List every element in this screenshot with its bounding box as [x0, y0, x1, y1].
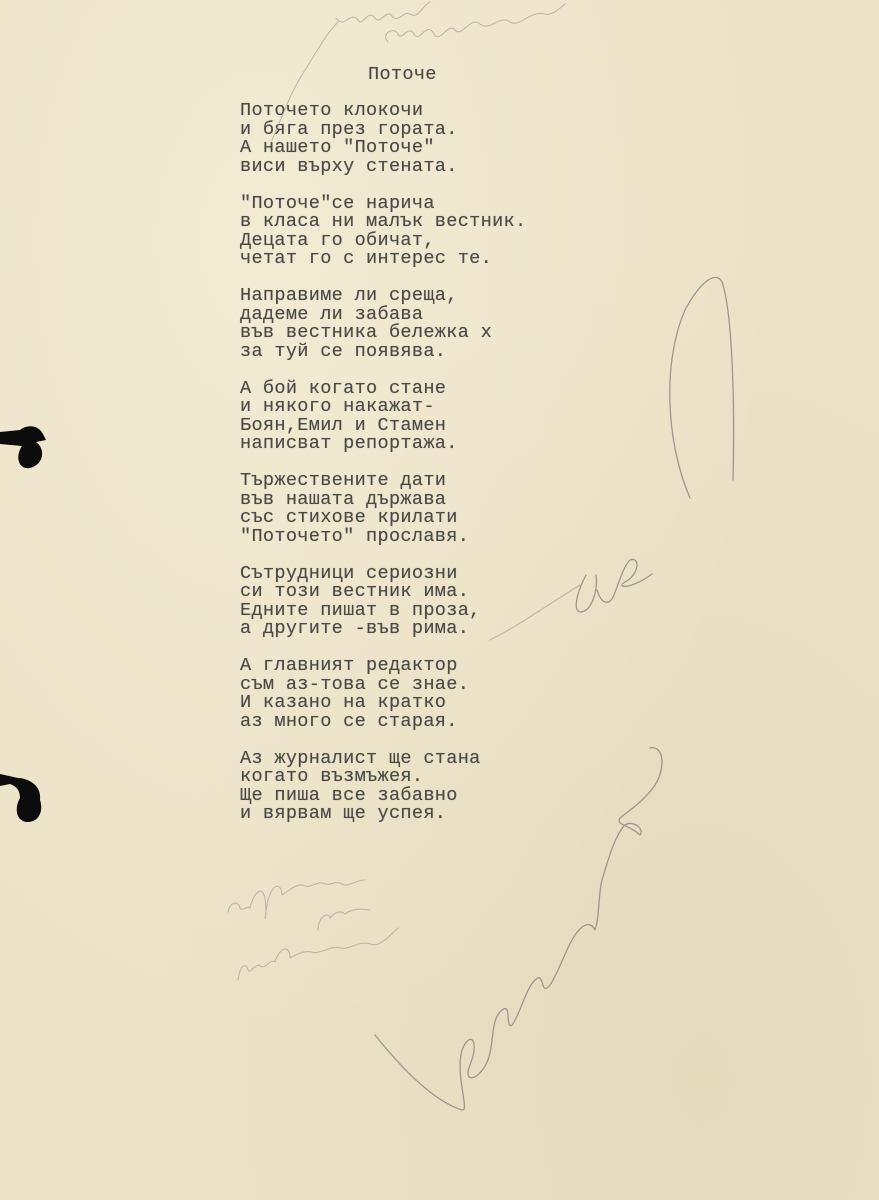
bottom-left-note	[228, 880, 398, 980]
poem-line: за туй се появява.	[240, 343, 526, 362]
poem-line: И казано на кратко	[240, 694, 526, 713]
poem-line: в класа ни малък вестник.	[240, 213, 526, 232]
poem-line: Поточето клокочи	[240, 102, 526, 121]
lower-binding-hole	[0, 774, 41, 822]
stanza: Поточето клокочи и бяга през гората. А н…	[240, 102, 526, 176]
poem-line: във вестника бележка x	[240, 324, 526, 343]
poem-line: Направиме ли среща,	[240, 287, 526, 306]
stanza: Направиме ли среща, дадеме ли забава във…	[240, 287, 526, 361]
stanza: Тържествените дати във нашата държава съ…	[240, 472, 526, 546]
poem-line: когато възмъжея.	[240, 768, 526, 787]
poem-line: Тържествените дати	[240, 472, 526, 491]
stanza: А бой когато стане и някого накажат- Боя…	[240, 380, 526, 454]
right-margin-bracket	[670, 277, 734, 498]
poem-line: със стихове крилати	[240, 509, 526, 528]
poem-line: и някого накажат-	[240, 398, 526, 417]
poem-line: виси върху стената.	[240, 158, 526, 177]
poem-line: и вярвам ще успея.	[240, 805, 526, 824]
typed-page: Поточе Поточето клокочи и бяга през гора…	[0, 0, 879, 1200]
poem-line: четат го с интерес те.	[240, 250, 526, 269]
poem-line: А главният редактор	[240, 657, 526, 676]
poem-line: написват репортажа.	[240, 435, 526, 454]
upper-binding-hole	[0, 426, 46, 468]
stanza: А главният редактор съм аз-това се знае.…	[240, 657, 526, 731]
poem-title: Поточе	[368, 64, 437, 85]
poem-line: си този вестник има.	[240, 583, 526, 602]
poem-line: аз много се старая.	[240, 713, 526, 732]
poem-line: а другите -във рима.	[240, 620, 526, 639]
stanza: "Поточе"се нарича в класа ни малък вестн…	[240, 195, 526, 269]
poem-body: Поточето клокочи и бяга през гората. А н…	[240, 102, 526, 842]
poem-line: А нашето "Поточе"	[240, 139, 526, 158]
poem-line: "Поточето" прославя.	[240, 528, 526, 547]
stanza: Аз журналист ще стана когато възмъжея. Щ…	[240, 750, 526, 824]
stanza: Сътрудници сериозни си този вестник има.…	[240, 565, 526, 639]
